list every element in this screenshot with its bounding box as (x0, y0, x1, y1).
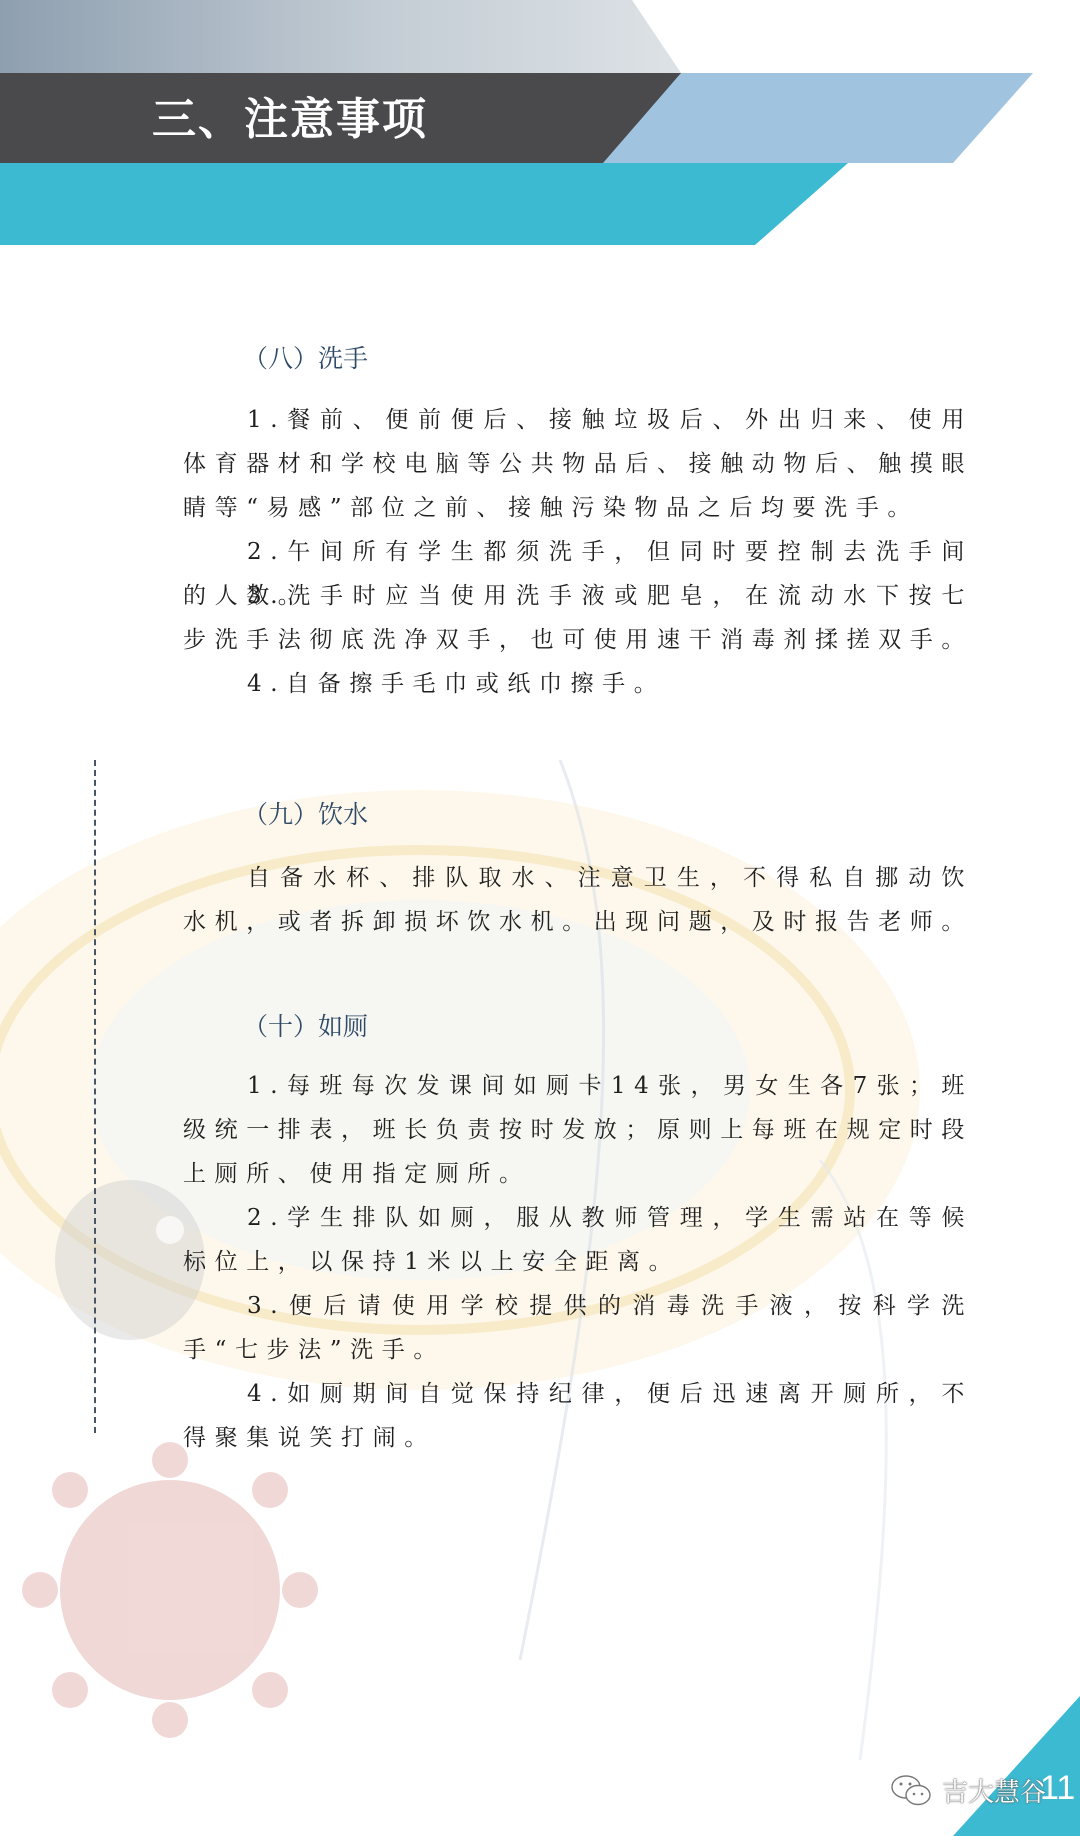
section-heading-restroom: （十）如厕 (243, 1010, 368, 1044)
dashed-divider (94, 760, 96, 1433)
header-banner: 三、注意事项 (0, 0, 1080, 250)
paragraph: 3.洗手时应当使用洗手液或肥皂，在流动水下按七步洗手法彻底洗净双手，也可使用速干… (183, 574, 973, 662)
grey-band (0, 0, 681, 73)
page-title: 三、注意事项 (152, 92, 428, 148)
teal-band (0, 163, 848, 245)
watermark-text: 吉大慧谷 (942, 1772, 1046, 1809)
paragraph: 4.如厕期间自觉保持纪律，便后迅速离开厕所，不得聚集说笑打闹。 (183, 1372, 973, 1460)
paragraph: 2.学生排队如厕，服从教师管理，学生需站在等候标位上，以保持1米以上安全距离。 (183, 1196, 973, 1284)
corner-accent (950, 1696, 1080, 1836)
paragraph: 1.每班每次发课间如厕卡14张，男女生各7张；班级统一排表，班长负责按时发放；原… (183, 1064, 973, 1196)
page-number: 11 (1040, 1768, 1075, 1808)
paragraph: 1.餐前、便前便后、接触垃圾后、外出归来、使用体育器材和学校电脑等公共物品后、接… (183, 398, 973, 530)
watermark: 吉大慧谷 (890, 1772, 1046, 1809)
section-heading-handwashing: （八）洗手 (243, 342, 368, 376)
section-heading-drinking-water: （九）饮水 (243, 798, 368, 832)
paragraph: 自备水杯、排队取水、注意卫生，不得私自挪动饮水机，或者拆卸损坏饮水机。出现问题，… (183, 856, 973, 944)
wechat-icon (890, 1774, 934, 1808)
paragraph: 3.便后请使用学校提供的消毒洗手液，按科学洗手“七步法”洗手。 (183, 1284, 973, 1372)
paragraph: 4.自备擦手毛巾或纸巾擦手。 (183, 662, 973, 706)
virus-illustration (22, 1442, 318, 1738)
